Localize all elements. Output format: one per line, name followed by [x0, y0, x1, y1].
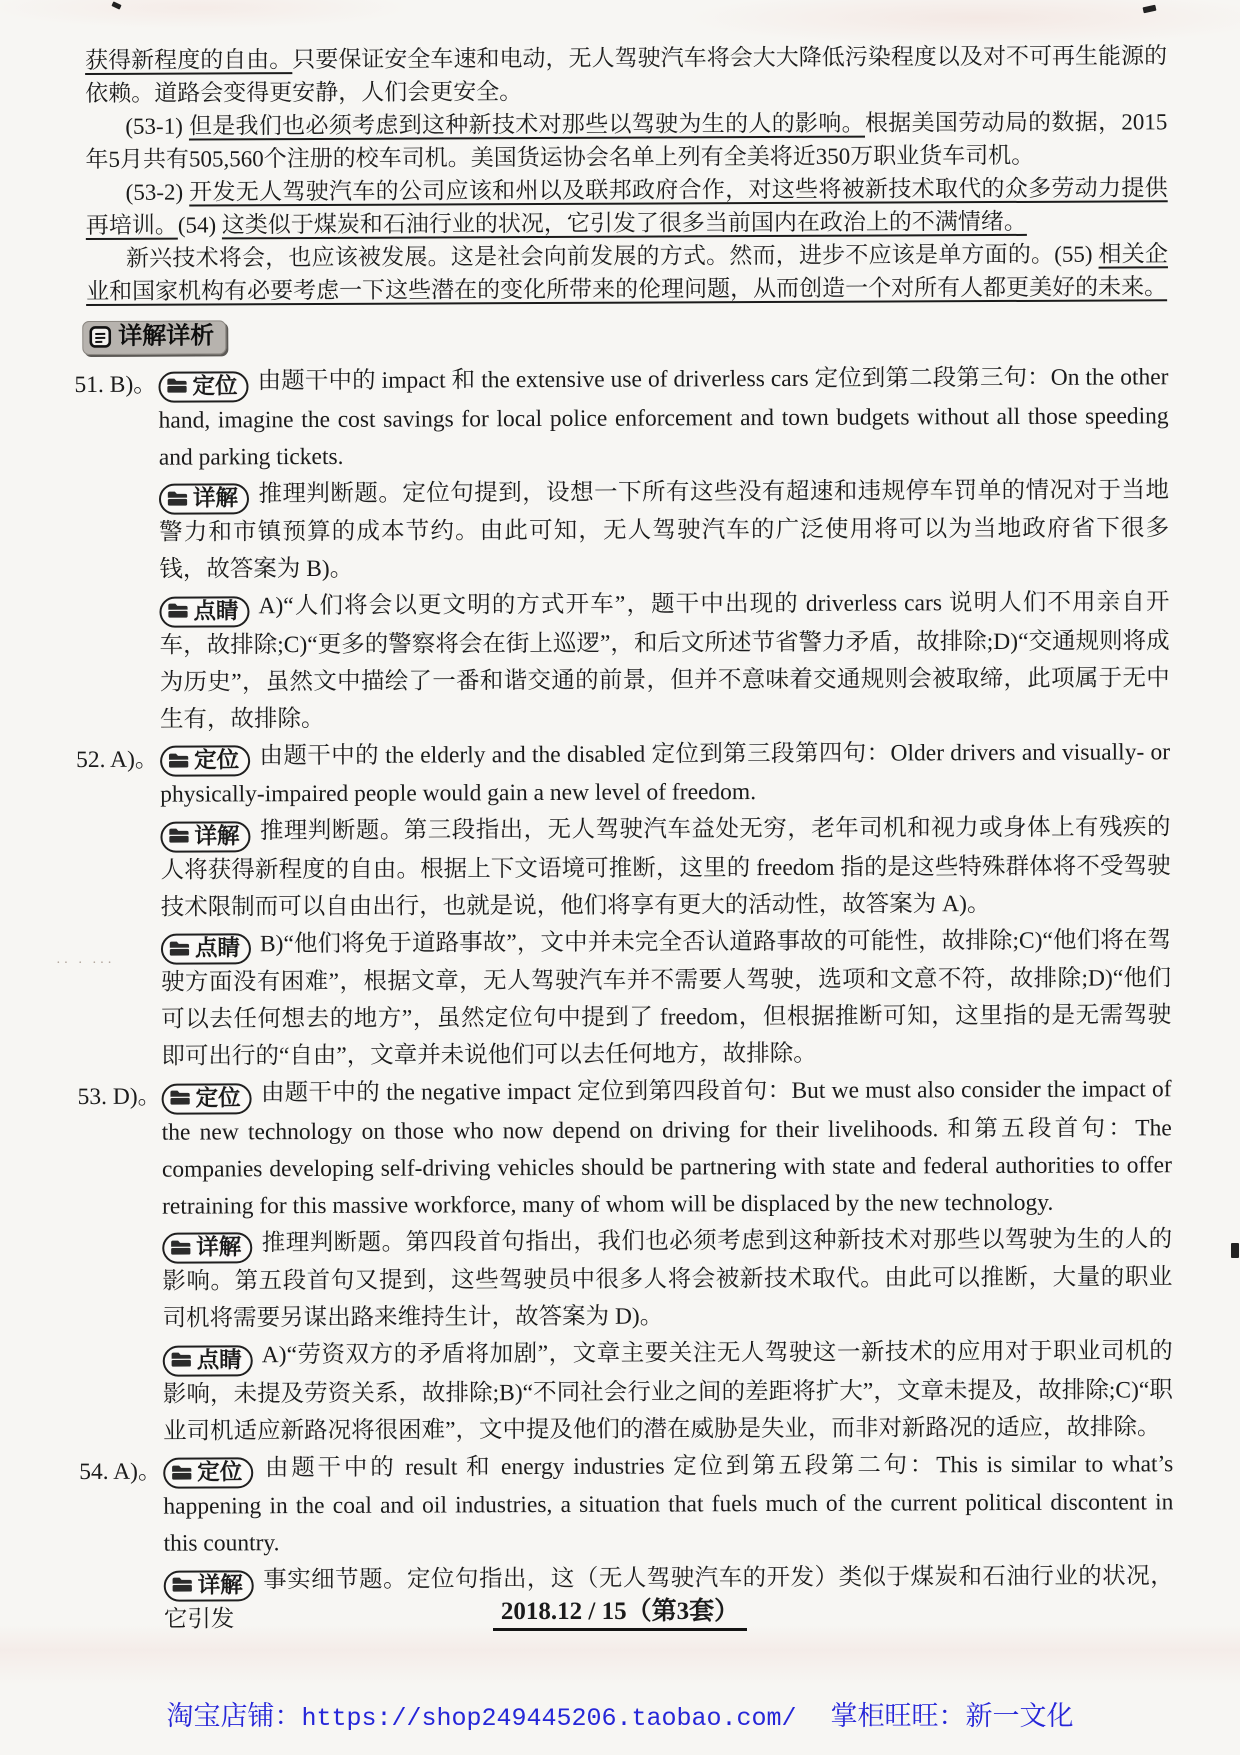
explanation-block: 详解推理判断题。第四段首句指出，我们也必须考虑到这种新技术对那些以驾驶为生的人的…: [162, 1221, 1172, 1338]
explanation-block: 详解推理判断题。定位句提到，设想一下所有这些没有超速和违规停车罚单的情况对于当地…: [159, 472, 1169, 589]
locate-badge: 定位: [160, 745, 250, 776]
shop-owner: 掌柜旺旺：新一文化: [831, 1701, 1074, 1731]
folder-icon: [167, 490, 188, 506]
page-number-footer: 2018.12 / 15（第3套）: [0, 1591, 1240, 1627]
badge-label: 定位: [194, 747, 239, 772]
explanation-text: 推理判断题。第三段指出，无人驾驶汽车益处无穷，老年司机和视力或身体上有残疾的人将…: [161, 814, 1171, 920]
translation-segment: (53-2): [126, 180, 190, 205]
answer-item: 53. D)。定位由题干中的 the negative impact 定位到第四…: [90, 1071, 1174, 1450]
translation-segment: (54): [178, 212, 222, 237]
badge-label: 定位: [196, 1085, 241, 1110]
explanation-block: 定位由题干中的 the negative impact 定位到第四段首句：But…: [162, 1071, 1173, 1225]
scan-artifact: [1231, 1243, 1239, 1258]
shop-label: 淘宝店铺：: [166, 1701, 301, 1731]
translation-paragraph: 获得新程度的自由。只要保证安全车速和电动，无人驾驶汽车将会大大降低污染程度以及对…: [85, 39, 1167, 110]
translation-segment: (53-1): [125, 114, 189, 139]
answer-number: 51. B)。: [74, 367, 156, 404]
folder-icon: [170, 1090, 191, 1106]
folder-icon: [169, 940, 190, 956]
badge-label: 点睛: [195, 935, 240, 960]
explanation-block: 定位由题干中的 impact 和 the extensive use of dr…: [158, 359, 1168, 476]
folder-icon: [171, 1464, 192, 1480]
badge-label: 详解: [193, 485, 238, 510]
translation-paragraph: (53-2) 开发无人驾驶汽车的公司应该和州以及联邦政府合作，对这些将被新技术取…: [86, 171, 1168, 242]
underlined-translation-segment: 这类似于煤炭和石油行业的状况，它引发了很多当前国内在政治上的不满情绪。: [222, 209, 1027, 238]
section-header-badge: 详解详析: [82, 320, 226, 355]
explanation-text: 由题干中的 the negative impact 定位到第四段首句：But w…: [162, 1076, 1172, 1219]
answer-number: 53. D)。: [78, 1079, 162, 1116]
detail-badge: 详解: [159, 483, 249, 514]
explanation-block: 详解推理判断题。第三段指出，无人驾驶汽车益处无穷，老年司机和视力或身体上有残疾的…: [160, 809, 1170, 926]
explanation-block: 点睛B)“他们将免于道路事故”，文中并未完全否认道路事故的可能性，故排除;C)“…: [161, 922, 1172, 1076]
translation-segment: 新兴技术将会，也应该被发展。这是社会向前发展的方式。然而，进步不应该是单方面的。…: [126, 242, 1099, 271]
highlight-badge: 点睛: [161, 933, 251, 964]
scan-artifact: [111, 1, 121, 9]
folder-icon: [166, 378, 187, 394]
translation-paragraph: (53-1) 但是我们也必须考虑到这种新技术对那些以驾驶为生的人的影响。根据美国…: [85, 105, 1167, 176]
folder-icon: [168, 752, 189, 768]
explanation-text: 推理判断题。第四段首句指出，我们也必须考虑到这种新技术对那些以驾驶为生的人的影响…: [162, 1226, 1172, 1332]
explanation-text: B)“他们将免于道路事故”，文中并未完全否认道路事故的可能性，故排除;C)“他们…: [161, 927, 1171, 1070]
highlight-badge: 点睛: [159, 596, 249, 627]
underlined-translation-segment: 获得新程度的自由。: [85, 47, 292, 73]
document-icon: [89, 326, 111, 348]
locate-badge: 定位: [162, 1083, 252, 1114]
explanation-text: A)“劳资双方的矛盾将加剧”，文章主要关注无人驾驶这一新技术的应用对于职业司机的…: [163, 1338, 1173, 1444]
explanation-text: 由题干中的 the elderly and the disabled 定位到第三…: [160, 739, 1170, 808]
scan-artifact: [1143, 5, 1157, 14]
translation-paragraph: 新兴技术将会，也应该被发展。这是社会向前发展的方式。然而，进步不应该是单方面的。…: [86, 237, 1168, 308]
explanation-text: 推理判断题。定位句提到，设想一下所有这些没有超速和违规停车罚单的情况对于当地警力…: [159, 477, 1169, 583]
locate-badge: 定位: [163, 1457, 253, 1488]
folder-icon: [167, 603, 188, 619]
badge-label: 详解: [196, 1234, 241, 1259]
explanation-block: 点睛A)“劳资双方的矛盾将加剧”，文章主要关注无人驾驶这一新技术的应用对于职业司…: [163, 1333, 1173, 1450]
explanation-text: A)“人们将会以更文明的方式开车”，题干中出现的 driverless cars…: [160, 589, 1170, 732]
underlined-translation-segment: 但是我们也必须考虑到这种新技术对那些以驾驶为生的人的影响。: [189, 111, 865, 139]
answer-explanations: 51. B)。定位由题干中的 impact 和 the extensive us…: [86, 359, 1174, 1638]
folder-icon: [171, 1352, 192, 1368]
explanation-block: 定位由题干中的 result 和 energy industries 定位到第五…: [163, 1446, 1173, 1563]
page-number-label: 2018.12 / 15（第3套）: [493, 1598, 747, 1631]
answer-number: 54. A)。: [79, 1453, 161, 1490]
explanation-text: 由题干中的 impact 和 the extensive use of driv…: [159, 364, 1169, 470]
explanation-text: 由题干中的 result 和 energy industries 定位到第五段第…: [163, 1451, 1173, 1557]
badge-label: 定位: [192, 373, 237, 398]
answer-number: 52. A)。: [76, 741, 158, 778]
explanation-block: 点睛A)“人们将会以更文明的方式开车”，题干中出现的 driverless ca…: [159, 584, 1170, 738]
shop-url: https://shop249445206.taobao.com/: [301, 1704, 796, 1733]
page-content: 获得新程度的自由。只要保证安全车速和电动，无人驾驶汽车将会大大降低污染程度以及对…: [85, 39, 1174, 1638]
detail-badge: 详解: [160, 821, 250, 852]
badge-label: 定位: [197, 1459, 242, 1484]
locate-badge: 定位: [158, 371, 248, 402]
badge-label: 点睛: [193, 598, 238, 623]
translation-paragraphs: 获得新程度的自由。只要保证安全车速和电动，无人驾驶汽车将会大大降低污染程度以及对…: [85, 39, 1168, 308]
shop-info-bar: 淘宝店铺：https://shop249445206.taobao.com/掌柜…: [0, 1694, 1240, 1733]
detail-badge: 详解: [162, 1232, 252, 1263]
badge-label: 点睛: [197, 1347, 242, 1372]
explanation-block: 定位由题干中的 the elderly and the disabled 定位到…: [160, 734, 1170, 814]
folder-icon: [168, 828, 189, 844]
folder-icon: [170, 1239, 191, 1255]
answer-item: 52. A)。定位由题干中的 the elderly and the disab…: [88, 734, 1171, 1076]
section-header-label: 详解详析: [118, 323, 214, 349]
highlight-badge: 点睛: [163, 1345, 253, 1376]
answer-item: 51. B)。定位由题干中的 impact 和 the extensive us…: [86, 359, 1170, 738]
badge-label: 详解: [194, 823, 239, 848]
